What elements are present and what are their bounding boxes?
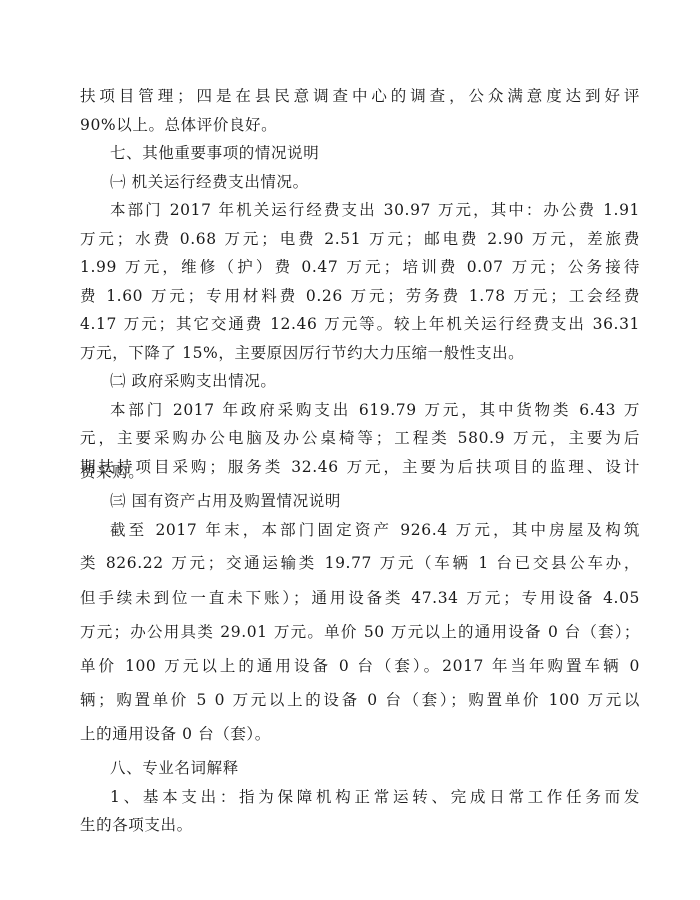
paragraph-line: 元，主要采购办公电脑及办公桌椅等；工程类 580.9 万元，主要为后 <box>80 428 640 448</box>
paragraph-line: 万元；水费 0.68 万元；电费 2.51 万元；邮电费 2.90 万元，差旅费 <box>80 229 640 249</box>
section-heading-7: 七、其他重要事项的情况说明 <box>110 143 640 163</box>
paragraph-line: 万元，下降了 15%，主要原因厉行节约大力压缩一般性支出。 <box>80 343 640 363</box>
subsection-heading-1: ㈠ 机关运行经费支出情况。 <box>110 172 640 192</box>
paragraph-line: 单价 100 万元以上的通用设备 0 台（套）。2017 年当年购置车辆 0 <box>80 656 640 676</box>
paragraph-line: 类 826.22 万元；交通运输类 19.77 万元（车辆 1 台已交县公车办， <box>80 553 640 573</box>
paragraph-line: 1.99 万元，维修（护）费 0.47 万元；培训费 0.07 万元；公务接待 <box>80 257 640 277</box>
paragraph-line: 但手续未到位一直未下账）；通用设备类 47.34 万元；专用设备 4.05 <box>80 588 640 608</box>
paragraph-line: 本部门 2017 年机关运行经费支出 30.97 万元，其中：办公费 1.91 <box>110 200 640 220</box>
paragraph-line: 扶项目管理；四是在县民意调查中心的调查，公众满意度达到好评 <box>80 86 640 106</box>
paragraph-line: 万元；办公用具类 29.01 万元。单价 50 万元以上的通用设备 0 台（套）… <box>80 622 640 642</box>
paragraph-line: 费 1.60 万元；专用材料费 0.26 万元；劳务费 1.78 万元；工会经费 <box>80 286 640 306</box>
paragraph-line: 辆；购置单价 5 0 万元以上的设备 0 台（套）；购置单价 100 万元以 <box>80 690 640 710</box>
paragraph-line: 上的通用设备 0 台（套）。 <box>80 724 640 744</box>
subsection-heading-2: ㈡ 政府采购支出情况。 <box>110 371 640 391</box>
paragraph-line: 90%以上。总体评价良好。 <box>80 115 640 135</box>
paragraph-line: 截至 2017 年末，本部门固定资产 926.4 万元，其中房屋及构筑 <box>110 520 640 540</box>
document-page: 扶项目管理；四是在县民意调查中心的调查，公众满意度达到好评 90%以上。总体评价… <box>0 0 700 900</box>
paragraph-line: 1、基本支出：指为保障机构正常运转、完成日常工作任务而发 <box>110 787 640 807</box>
section-heading-8: 八、专业名词解释 <box>110 758 640 778</box>
paragraph-line: 费采购。 <box>80 462 640 482</box>
subsection-heading-3: ㈢ 国有资产占用及购置情况说明 <box>110 491 640 511</box>
paragraph-line: 生的各项支出。 <box>80 815 640 835</box>
paragraph-line: 4.17 万元；其它交通费 12.46 万元等。较上年机关运行经费支出 36.3… <box>80 314 640 334</box>
paragraph-line: 本部门 2017 年政府采购支出 619.79 万元，其中货物类 6.43 万 <box>110 400 640 420</box>
